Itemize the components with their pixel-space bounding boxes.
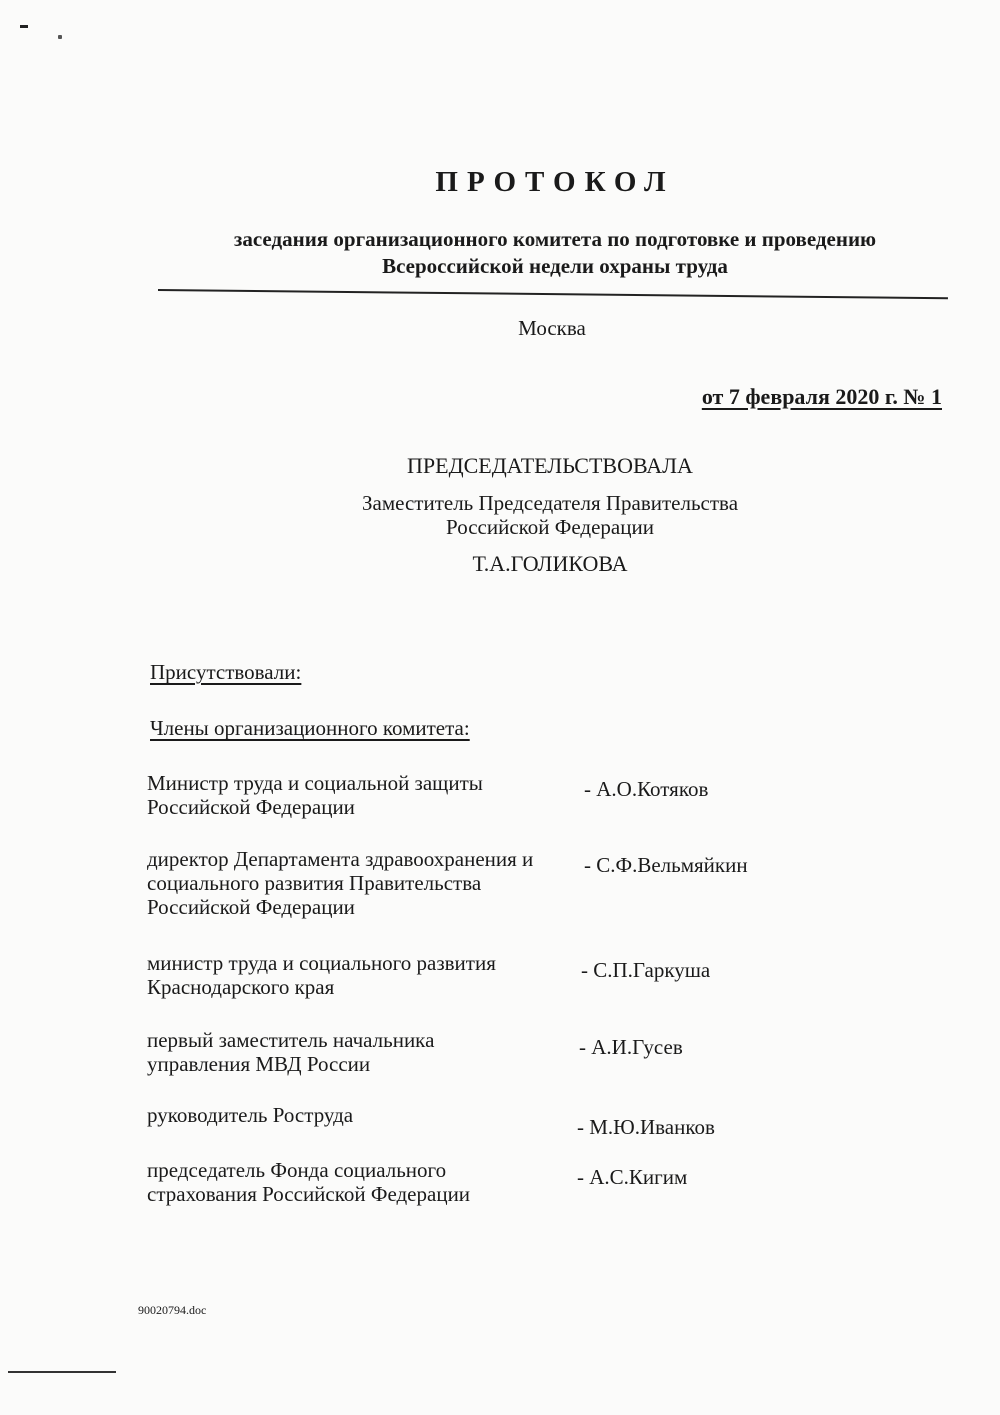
subtitle-line-1: заседания организационного комитета по п…: [195, 226, 915, 253]
member-name: - С.П.Гаркуша: [581, 958, 710, 982]
member-position: Министр труда и социальной защиты Россий…: [147, 771, 547, 819]
chair-position-line-1: Заместитель Председателя Правительства: [300, 491, 800, 515]
member-position: первый заместитель начальника управления…: [147, 1028, 487, 1076]
member-position: руководитель Роструда: [147, 1103, 487, 1127]
chair-name: Т.А.ГОЛИКОВА: [300, 551, 800, 577]
header-divider: [158, 289, 948, 299]
members-label: Члены организационного комитета:: [150, 716, 470, 741]
subtitle-line-2: Всероссийской недели охраны труда: [195, 253, 915, 280]
member-name: - С.Ф.Вельмяйкин: [584, 853, 748, 877]
chair-position: Заместитель Председателя Правительства Р…: [300, 491, 800, 539]
scan-artifact-mark: [20, 25, 28, 28]
city: Москва: [452, 316, 652, 341]
member-name: - А.И.Гусев: [579, 1035, 683, 1059]
scan-artifact-dot: [58, 35, 62, 39]
member-name: - А.О.Котяков: [584, 777, 708, 801]
member-position: директор Департамента здравоохранения и …: [147, 847, 577, 919]
chair-position-line-2: Российской Федерации: [300, 515, 800, 539]
member-name: - М.Ю.Иванков: [577, 1115, 715, 1139]
present-label: Присутствовали:: [150, 660, 301, 685]
member-position: председатель Фонда социального страхован…: [147, 1158, 507, 1206]
date-number: от 7 февраля 2020 г. № 1: [702, 384, 942, 410]
bottom-scan-line: [8, 1371, 116, 1373]
member-position: министр труда и социального развития Кра…: [147, 951, 547, 999]
footer-filename: 90020794.doc: [138, 1303, 206, 1318]
chair-heading: ПРЕДСЕДАТЕЛЬСТВОВАЛА: [300, 453, 800, 479]
member-name: - А.С.Кигим: [577, 1165, 687, 1189]
document-subtitle: заседания организационного комитета по п…: [195, 226, 915, 280]
document-title: ПРОТОКОЛ: [0, 166, 1000, 199]
